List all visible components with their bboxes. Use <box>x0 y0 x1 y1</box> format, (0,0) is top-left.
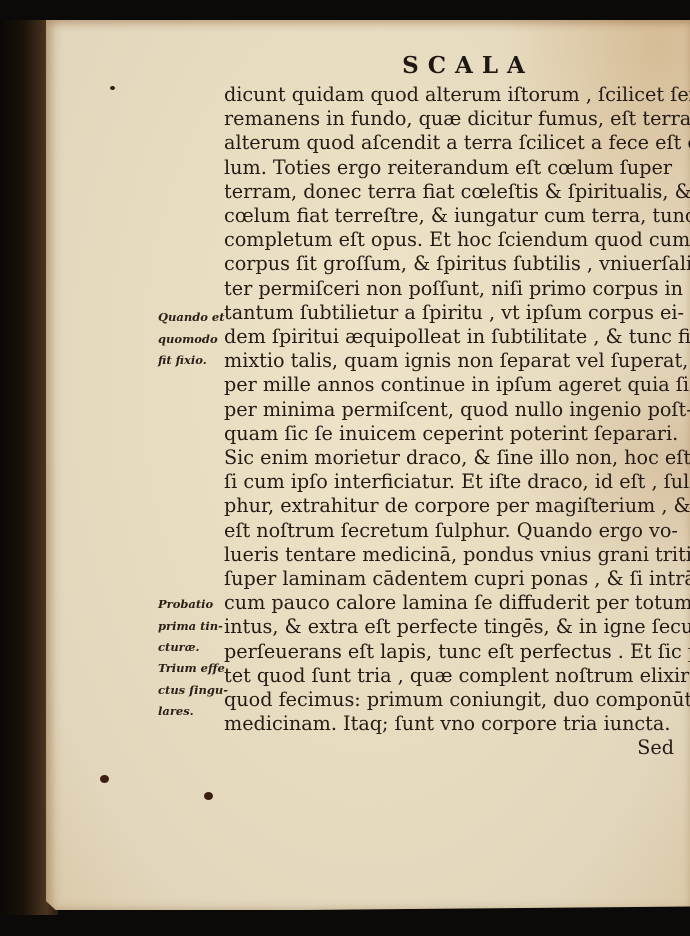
marginal-note-line: prima tin- <box>158 616 223 638</box>
text-line: mixtio talis, quam ignis non ſeparat vel… <box>224 349 674 373</box>
text-line: Sic enim morietur draco, & ſine illo non… <box>224 446 674 470</box>
marginal-note-trium: Trium effe ctus ſingu- lares. <box>158 658 228 723</box>
text-line: intus, & extra eſt perfecte tingēs, & in… <box>224 615 674 639</box>
marginal-note-fixio: Quando et quomodo fit fixio. <box>158 307 225 372</box>
marginal-note-line: Trium effe <box>158 658 228 680</box>
marginal-note-probatio: Probatio prima tin- cturæ. <box>158 594 223 659</box>
text-line: per minima permiſcent, quod nullo ingeni… <box>224 398 674 422</box>
marginal-note-line: quomodo <box>158 329 225 351</box>
main-text-block: dicunt quidam quod alterum iſtorum , ſci… <box>224 83 674 761</box>
text-line: alterum quod aſcendit a terra ſcilicet a… <box>224 131 674 155</box>
text-line: dicunt quidam quod alterum iſtorum , ſci… <box>224 83 674 107</box>
text-line: dem ſpiritui æquipolleat in ſubtilitate … <box>224 325 674 349</box>
text-line: tantum ſubtilietur a ſpiritu , vt ipſum … <box>224 301 674 325</box>
ink-spot <box>110 86 115 90</box>
book-page: SCALA dicunt quidam quod alterum iſtorum… <box>46 20 690 910</box>
text-line: lueris tentare medicinā, pondus vnius gr… <box>224 543 674 567</box>
text-line: eſt noſtrum ſecretum ſulphur. Quando erg… <box>224 519 674 543</box>
text-line: lum. Toties ergo reiterandum eſt cœlum ſ… <box>224 156 674 180</box>
marginal-note-line: cturæ. <box>158 637 223 659</box>
marginal-note-line: fit fixio. <box>158 350 225 372</box>
text-line: completum eſt opus. Et hoc ſciendum quod… <box>224 228 674 252</box>
text-line: ſuper laminam cādentem cupri ponas , & ſ… <box>224 567 674 591</box>
text-line: cum pauco calore lamina ſe diffuderit pe… <box>224 591 674 615</box>
running-head: SCALA <box>46 52 690 79</box>
text-line: quam ſic ſe inuicem ceperint poterint ſe… <box>224 422 674 446</box>
text-line: perſeuerans eſt lapis, tunc eſt perfectu… <box>224 640 674 664</box>
marginal-note-line: Probatio <box>158 594 223 616</box>
ink-spot <box>204 792 213 800</box>
text-line: ſi cum ipſo interficiatur. Et iſte draco… <box>224 470 674 494</box>
marginal-note-line: lares. <box>158 701 228 723</box>
text-line: cœlum fiat terreſtre, & iungatur cum ter… <box>224 204 674 228</box>
text-line: ter permiſceri non poſſunt, niſi primo c… <box>224 277 674 301</box>
text-line: corpus ſit groſſum, & ſpiritus ſubtilis … <box>224 252 674 276</box>
text-line: per mille annos continue in ipſum ageret… <box>224 373 674 397</box>
text-line: remanens in fundo, quæ dicitur fumus, eſ… <box>224 107 674 131</box>
ink-spot <box>100 775 109 783</box>
text-line: terram, donec terra fiat cœleſtis & ſpir… <box>224 180 674 204</box>
text-line: medicinam. Itaq; ſunt vno corpore tria i… <box>224 712 674 736</box>
text-line: tet quod ſunt tria , quæ complent noſtru… <box>224 664 674 688</box>
catchword: Sed <box>224 736 674 760</box>
text-line: phur, extrahitur de corpore per magiſter… <box>224 494 674 518</box>
marginal-note-line: ctus ſingu- <box>158 680 228 702</box>
marginal-note-line: Quando et <box>158 307 225 329</box>
text-line: quod fecimus: primum coniungit, duo comp… <box>224 688 674 712</box>
